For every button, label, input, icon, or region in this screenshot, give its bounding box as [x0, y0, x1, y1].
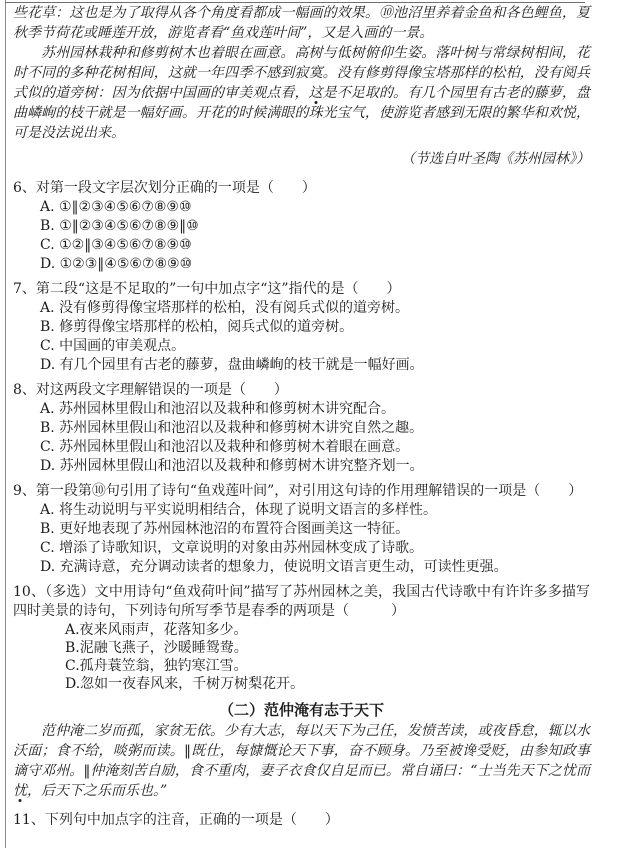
question-option: B.泥融飞燕子，沙暖睡鸳鸯。 — [65, 639, 590, 657]
question-option: D. 苏州园林里假山和池沼以及栽种和修剪树木讲究整齐划一。 — [40, 457, 590, 476]
questions-list: 6、对第一段文字层次划分正确的一项是（ ）A. ①‖②③④⑤⑥⑦⑧⑨⑩B. ①‖… — [13, 179, 590, 693]
question-option: C. 中国画的审美观点。 — [40, 337, 590, 356]
question-block: 7、第二段“这是不足取的”一句中加点字“这”指代的是（ ）A. 没有修剪得像宝塔… — [13, 280, 590, 375]
question-option: D. ①②③‖④⑤⑥⑦⑧⑨⑩ — [40, 255, 590, 274]
question-option: B. 更好地表现了苏州园林池沼的布置符合图画美这一特征。 — [40, 520, 590, 539]
passage-text-segment: 范仲淹二岁而孤，家贫无依。少有大志，每以天下为己任，发愤苦读，或夜昏怠，辄以水沃… — [13, 723, 590, 779]
passage-fanzhongyan: 范仲淹二岁而孤，家贫无依。少有大志，每以天下为己任，发愤苦读，或夜昏怠，辄以水沃… — [13, 721, 590, 801]
question-stem: 6、对第一段文字层次划分正确的一项是（ ） — [13, 179, 590, 198]
question-option: D. 充满诗意，充分调动读者的想象力，使说明文语言更生动，可读性更强。 — [40, 558, 590, 577]
question-block: 8、对这两段文字理解错误的一项是（ ）A. 苏州园林里假山和池沼以及栽种和修剪树… — [13, 381, 590, 476]
page-border-left — [5, 0, 6, 848]
question-option: D.忽如一夜春风来，千树万树梨花开。 — [65, 675, 590, 693]
question-stem-text: 下列句中加点字的注音，正确的一项是（ ） — [45, 812, 339, 828]
passage-suzhou-para2: 苏州园林栽种和修剪树木也着眼在画意。高树与低树俯仰生姿。落叶树与常绿树相间，花时… — [13, 43, 590, 143]
passage-attribution: （节选自叶圣陶《苏州园林》） — [13, 149, 590, 169]
emphasis-dotted-char: 这 — [309, 85, 323, 101]
question-option: C. 苏州园林里假山和池沼以及栽种和修剪树木着眼在画意。 — [40, 438, 590, 457]
question-option: B. 苏州园林里假山和池沼以及栽种和修剪树木讲究自然之趣。 — [40, 419, 590, 438]
question-option: A.夜来风雨声，花落知多少。 — [65, 621, 590, 639]
passage-suzhou-para1: 些花草：这也是为了取得从各个角度看都成一幅画的效果。⑩池沼里养着金鱼和各色鲤鱼，… — [13, 3, 590, 43]
question-option: A. 苏州园林里假山和池沼以及栽种和修剪树木讲究配合。 — [40, 400, 590, 419]
question-11-stem: 11、下列句中加点字的注音，正确的一项是（ ） — [13, 811, 590, 830]
question-stem: 9、第一段第⑩句引用了诗句“鱼戏莲叶间”，对引用这句诗的作用理解错误的一项是（ … — [13, 482, 590, 501]
question-option: B. 修剪得像宝塔那样的松柏，阅兵式似的道旁树。 — [40, 318, 590, 337]
question-number: 11、 — [13, 812, 45, 828]
question-option: C. ①②‖③④⑤⑥⑦⑧⑨⑩ — [40, 236, 590, 255]
question-block: 9、第一段第⑩句引用了诗句“鱼戏莲叶间”，对引用这句诗的作用理解错误的一项是（ … — [13, 482, 590, 577]
question-option: A. ①‖②③④⑤⑥⑦⑧⑨⑩ — [40, 198, 590, 217]
question-block: 6、对第一段文字层次划分正确的一项是（ ）A. ①‖②③④⑤⑥⑦⑧⑨⑩B. ①‖… — [13, 179, 590, 274]
question-stem: 10、（多选）文中用诗句“鱼戏荷叶间”描写了苏州园林之美，我国古代诗歌中有许许多… — [13, 583, 590, 621]
question-option: A. 没有修剪得像宝塔那样的松柏，没有阅兵式似的道旁树。 — [40, 299, 590, 318]
document-content: 些花草：这也是为了取得从各个角度看都成一幅画的效果。⑩池沼里养着金鱼和各色鲤鱼，… — [13, 3, 590, 830]
question-option: A. 将生动说明与平实说明相结合，体现了说明文语言的多样性。 — [40, 501, 590, 520]
question-stem: 7、第二段“这是不足取的”一句中加点字“这”指代的是（ ） — [13, 280, 590, 299]
emphasis-dotted-char: 忧 — [13, 783, 27, 799]
passage-text-segment: ，后天下之乐而乐也。” — [27, 783, 167, 799]
question-option: B. ①‖②③④⑤⑥⑦⑧⑨‖⑩ — [40, 217, 590, 236]
question-option: D. 有几个园里有古老的藤萝，盘曲嶙峋的枝干就是一幅好画。 — [40, 356, 590, 375]
question-stem: 8、对这两段文字理解错误的一项是（ ） — [13, 381, 590, 400]
question-option: C. 增添了诗歌知识，文章说明的对象由苏州园林变成了诗歌。 — [40, 539, 590, 558]
section2-heading: （二）范仲淹有志于天下 — [13, 699, 590, 721]
question-option: C.孤舟蓑笠翁，独钓寒江雪。 — [65, 657, 590, 675]
question-block: 10、（多选）文中用诗句“鱼戏荷叶间”描写了苏州园林之美，我国古代诗歌中有许许多… — [13, 583, 590, 693]
